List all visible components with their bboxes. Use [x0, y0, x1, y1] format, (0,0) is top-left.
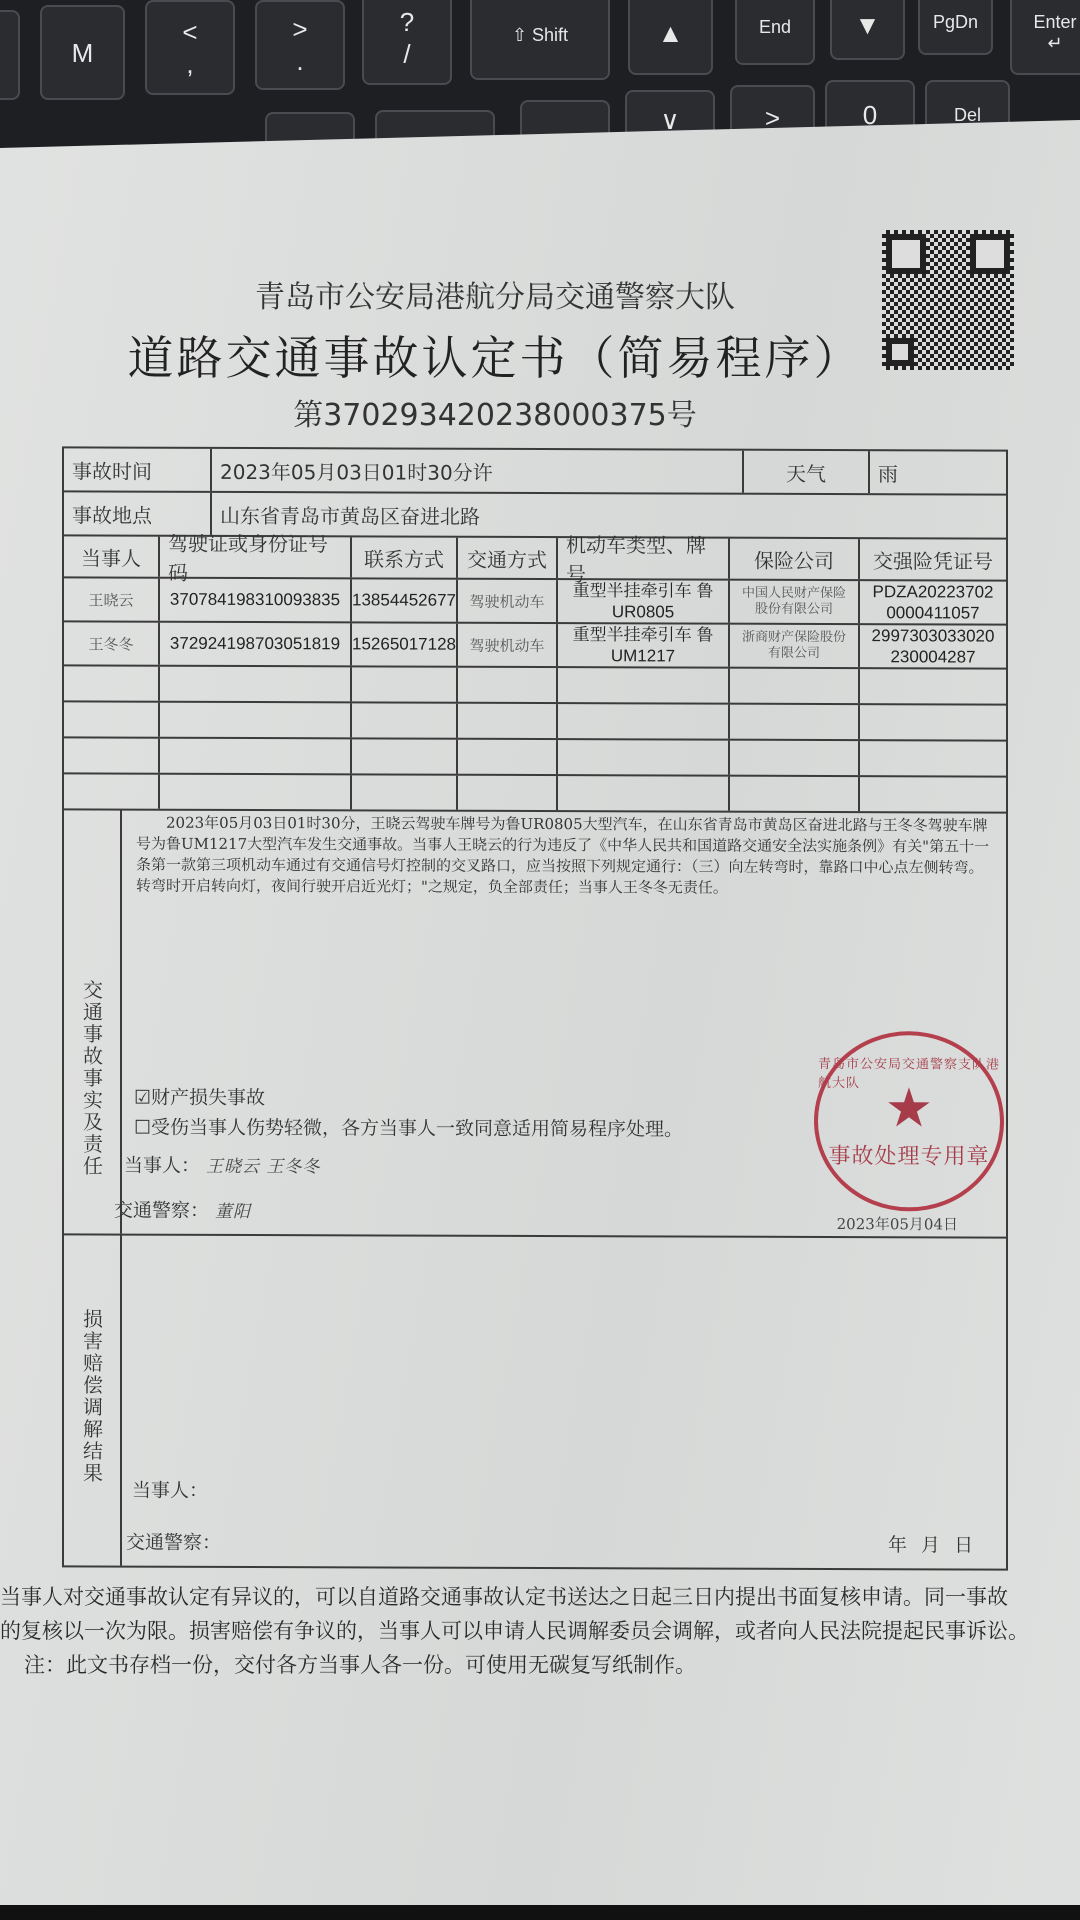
key-label: >	[292, 16, 307, 42]
official-seal: 青岛市公安局交通警察支队港航大队 ★ 事故处理专用章	[814, 1031, 1004, 1212]
key-label: 0	[863, 102, 877, 128]
mediation-body: 当事人： 交通警察： 年 月 日	[122, 1236, 1006, 1569]
party-name: 王晓云	[64, 578, 160, 620]
arrow-down-icon: ∨	[660, 107, 679, 133]
table-cell-empty	[860, 705, 1006, 740]
table-cell-empty	[558, 704, 730, 739]
keyboard-key	[0, 10, 20, 100]
key-label: ⇧ Shift	[512, 25, 568, 46]
document-number: 第370293420238000375号	[0, 390, 1080, 434]
table-cell-empty	[730, 741, 860, 775]
table-row: 王冬冬 372924198703051819 15265017128 驾驶机动车…	[64, 622, 1006, 669]
table-row-empty	[64, 666, 1006, 705]
key-label: PgDn	[933, 12, 978, 33]
table-cell-empty	[160, 703, 352, 738]
party-policy-number: PDZA20223702 0000411057	[860, 581, 1006, 624]
party-id-number: 372924198703051819	[160, 623, 352, 666]
parties-table-header: 当事人 驾驶证或身份证号码 联系方式 交通方式 机动车类型、牌号 保险公司 交强…	[64, 536, 1006, 581]
weather-label: 天气	[744, 451, 870, 493]
table-cell-empty	[64, 702, 160, 736]
key-label: ,	[186, 51, 193, 77]
seal-ring-text: 青岛市公安局交通警察支队港航大队	[818, 1053, 1000, 1092]
keyboard-key-down: ▼	[830, 0, 905, 60]
note-review-rights: 当事人对交通事故认定有异议的，可以自道路交通事故认定书送达之日起三日内提出书面复…	[0, 1580, 1080, 1614]
table-cell-empty	[860, 669, 1006, 704]
facts-date: 2023年05月04日	[837, 1213, 958, 1234]
police-signature-line: 交通警察：董阳	[114, 1196, 251, 1223]
mediation-date: 年 月 日	[888, 1530, 977, 1557]
table-cell-empty	[558, 668, 730, 703]
party-vehicle: 重型半挂牵引车 鲁 UR0805	[558, 580, 730, 623]
key-label: Del	[954, 105, 981, 126]
table-row: 王晓云 370784198310093835 13854452677 驾驶机动车…	[64, 578, 1006, 625]
keyboard-key-up: ▲	[628, 0, 713, 75]
mediation-section: 损害赔偿调解结果 当事人： 交通警察： 年 月 日	[64, 1235, 1006, 1568]
note-copies: 注：此文书存档一份，交付各方当事人各一份。可使用无碳复写纸制作。	[0, 1648, 1080, 1682]
checkbox-label: 受伤当事人伤势轻微，各方当事人一致同意适用简易程序处理。	[151, 1117, 683, 1141]
legal-notes: 当事人对交通事故认定有异议的，可以自道路交通事故认定书送达之日起三日内提出书面复…	[0, 1580, 1080, 1682]
column-header-policy: 交强险凭证号	[860, 539, 1006, 580]
facts-label-text: 交通事故事实及责任	[78, 979, 107, 1177]
checkbox-label: 财产损失事故	[151, 1087, 265, 1109]
keyboard-key-period: >.	[255, 0, 345, 90]
checkbox-checked-icon: ☑	[134, 1087, 151, 1109]
keyboard-key-m: M	[40, 5, 125, 100]
key-label: /	[403, 41, 410, 67]
table-row-empty	[64, 774, 1006, 813]
key-label: Enter	[1033, 12, 1076, 33]
key-label: .	[296, 48, 303, 74]
issuing-organization: 青岛市公安局港航分局交通警察大队	[0, 272, 1080, 316]
key-label: ?	[400, 9, 414, 35]
accident-time-value: 2023年05月03日01时30分许	[212, 449, 744, 493]
facts-section-label: 交通事故事实及责任	[64, 810, 122, 1233]
column-header-insurer: 保险公司	[730, 539, 860, 579]
table-row-empty	[64, 738, 1006, 777]
column-header-mode: 交通方式	[458, 538, 558, 578]
keyboard-key-shift: ⇧ Shift	[470, 0, 610, 80]
facts-body: 2023年05月03日01时30分，王晓云驾驶车牌号为鲁UR0805大型汽车，在…	[122, 811, 1006, 1237]
desk-edge	[0, 1905, 1080, 1920]
column-header-contact: 联系方式	[352, 537, 458, 577]
seal-label: 事故处理专用章	[828, 1139, 989, 1171]
table-cell-empty	[352, 739, 458, 773]
party-traffic-mode: 驾驶机动车	[458, 580, 558, 622]
key-label: <	[182, 19, 197, 45]
party-policy-number: 2997303033020 230004287	[860, 625, 1006, 668]
table-cell-empty	[458, 776, 558, 810]
keyboard-key-pgdn: PgDn	[918, 0, 993, 55]
table-cell-empty	[352, 667, 458, 701]
table-cell-empty	[458, 668, 558, 702]
accident-time-label: 事故时间	[64, 448, 212, 491]
table-cell-empty	[64, 738, 160, 772]
keyboard-key-slash: ?/	[362, 0, 452, 85]
table-cell-empty	[860, 777, 1006, 812]
mediation-section-label: 损害赔偿调解结果	[64, 1235, 122, 1565]
checkbox-minor-injury[interactable]: ☐受伤当事人伤势轻微，各方当事人一致同意适用简易程序处理。	[134, 1113, 683, 1142]
party-insurer: 浙商财产保险股份有限公司	[730, 625, 860, 667]
party-insurer: 中国人民财产保险股份有限公司	[730, 581, 860, 623]
party-phone: 13854452677	[352, 579, 458, 621]
weather-value: 雨	[870, 451, 1006, 493]
table-cell-empty	[160, 775, 352, 810]
arrow-down-icon: ▼	[855, 12, 881, 38]
table-cell-empty	[352, 775, 458, 809]
mediation-parties-line: 当事人：	[132, 1476, 208, 1503]
party-name: 王冬冬	[64, 622, 160, 664]
enter-icon: ↵	[1047, 33, 1062, 54]
mediation-police-line: 交通警察：	[126, 1528, 221, 1555]
column-header-vehicle: 机动车类型、牌号	[558, 538, 730, 579]
column-header-party: 当事人	[64, 536, 160, 576]
party-traffic-mode: 驾驶机动车	[458, 624, 558, 666]
police-sign-label: 交通警察：	[114, 1200, 209, 1222]
keyboard-key-end: End	[735, 0, 815, 65]
accident-form: 事故时间 2023年05月03日01时30分许 天气 雨 事故地点 山东省青岛市…	[62, 446, 1008, 1570]
table-cell-empty	[64, 666, 160, 700]
facts-section: 交通事故事实及责任 2023年05月03日01时30分，王晓云驾驶车牌号为鲁UR…	[64, 810, 1006, 1238]
key-label: End	[759, 17, 791, 38]
arrow-up-icon: ▲	[658, 20, 684, 46]
table-cell-empty	[860, 741, 1006, 776]
facts-description: 2023年05月03日01时30分，王晓云驾驶车牌号为鲁UR0805大型汽车，在…	[136, 813, 992, 900]
arrow-right-icon: >	[765, 105, 780, 131]
key-label: M	[72, 40, 94, 66]
table-cell-empty	[458, 740, 558, 774]
parties-signatures: 王晓云 王冬冬	[206, 1157, 320, 1177]
keyboard-key-enter: Enter↵	[1010, 0, 1080, 75]
checkbox-property-loss[interactable]: ☑财产损失事故	[134, 1083, 265, 1110]
note-dispute-remedy: 的复核以一次为限。损害赔偿有争议的，当事人可以申请人民调解委员会调解，或者向人民…	[0, 1614, 1080, 1648]
table-cell-empty	[160, 739, 352, 774]
table-cell-empty	[730, 705, 860, 739]
police-signature: 董阳	[215, 1202, 251, 1222]
table-cell-empty	[730, 777, 860, 811]
party-vehicle: 重型半挂牵引车 鲁 UM1217	[558, 624, 730, 667]
party-id-number: 370784198310093835	[160, 579, 352, 622]
table-cell-empty	[352, 703, 458, 737]
party-phone: 15265017128	[352, 623, 458, 665]
mediation-label-text: 损害赔偿调解结果	[78, 1308, 107, 1484]
table-cell-empty	[558, 740, 730, 775]
parties-signature-line: 当事人：王晓云 王冬冬	[124, 1151, 320, 1179]
table-cell-empty	[160, 667, 352, 702]
table-cell-empty	[558, 776, 730, 811]
parties-sign-label: 当事人：	[124, 1155, 200, 1177]
table-cell-empty	[458, 704, 558, 738]
table-row-empty	[64, 702, 1006, 741]
keyboard-key-comma: <,	[145, 0, 235, 95]
table-cell-empty	[64, 774, 160, 808]
table-cell-empty	[730, 669, 860, 703]
column-header-id: 驾驶证或身份证号码	[160, 537, 352, 578]
document-title: 道路交通事故认定书（简易程序）	[0, 322, 1080, 388]
checkbox-unchecked-icon: ☐	[134, 1117, 151, 1139]
accident-time-row: 事故时间 2023年05月03日01时30分许 天气 雨	[64, 448, 1006, 495]
